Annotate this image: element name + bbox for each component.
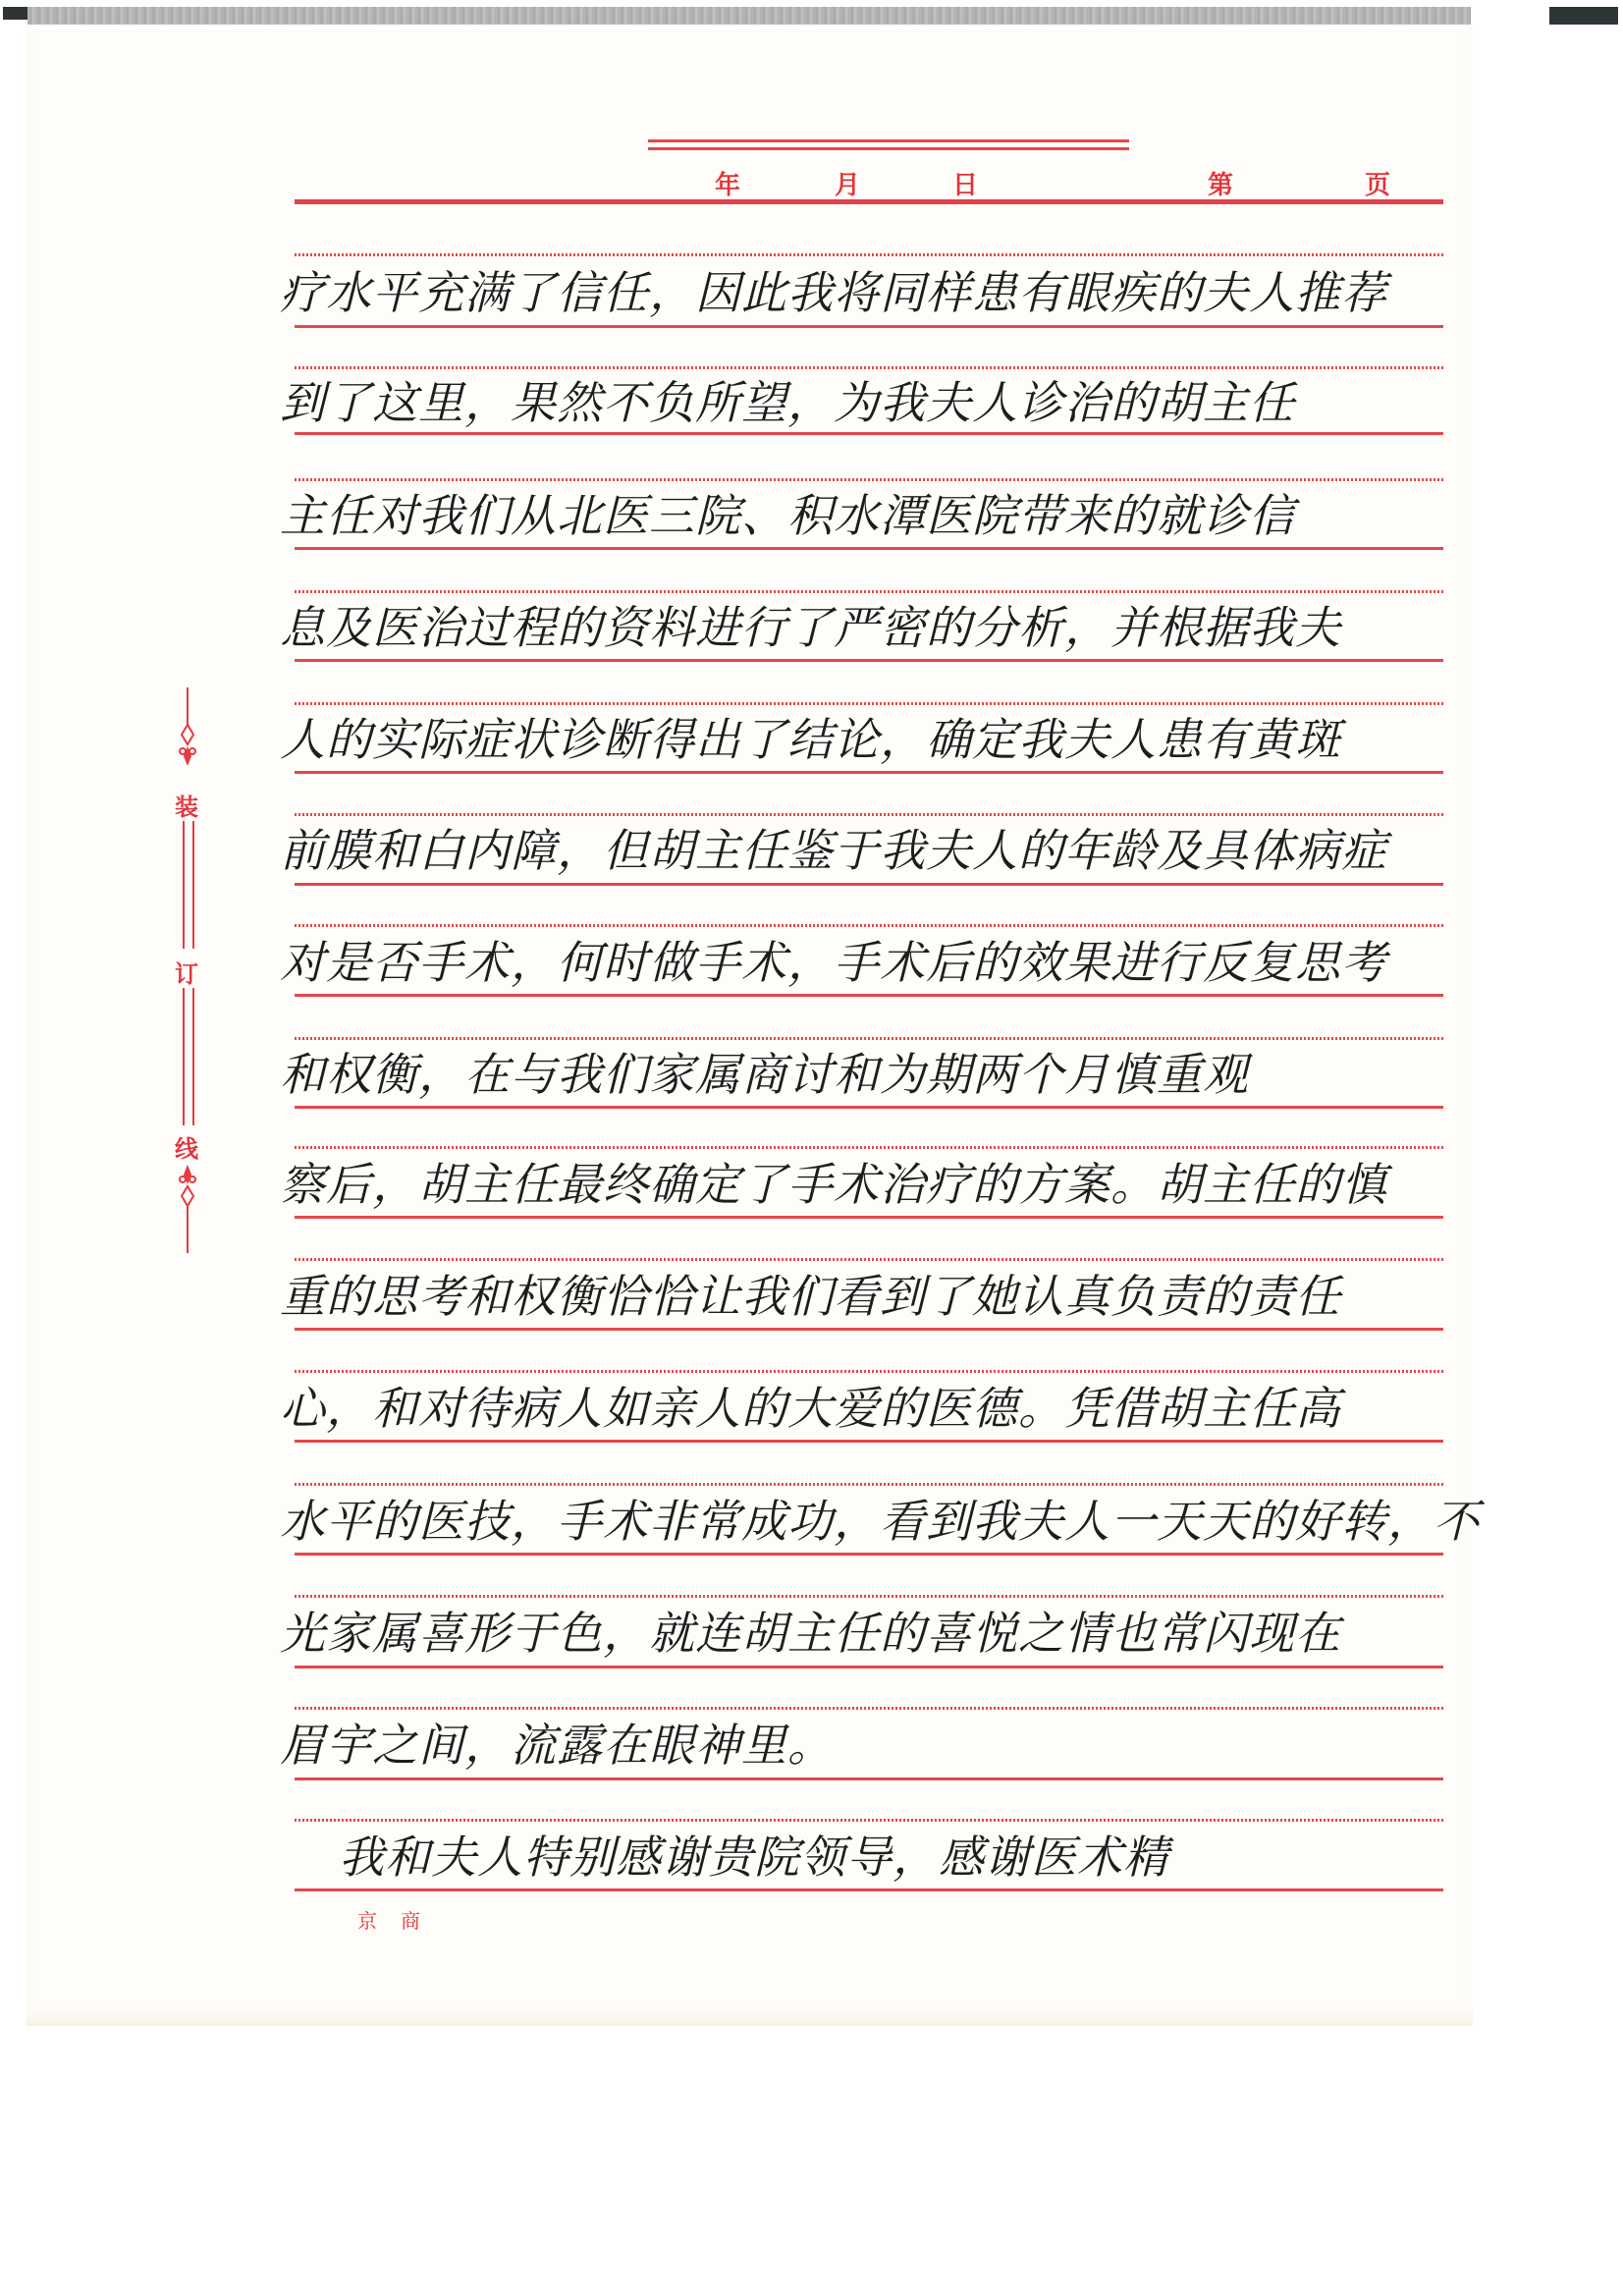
- letter-line-1: 疗水平充满了信任，因此我将同样患有眼疾的夫人推荐: [280, 263, 1488, 322]
- row-10-bottom-rule: [295, 1328, 1443, 1331]
- binding-char-xian: 线: [175, 1129, 198, 1164]
- letter-line-15: 我和夫人特别感谢贵院领导，感谢医术精: [339, 1828, 1546, 1886]
- letter-line-9: 察后，胡主任最终确定了手术治疗的方案。胡主任的慎: [280, 1155, 1488, 1214]
- header-rule: [295, 199, 1443, 204]
- row-11-bottom-rule: [295, 1440, 1443, 1443]
- row-14-bottom-rule: [295, 1777, 1443, 1780]
- header-year-label: 年: [715, 165, 740, 201]
- letter-line-14: 眉宇之间，流露在眼神里。: [280, 1716, 1488, 1775]
- letter-line-5: 人的实际症状诊断得出了结论，确定我夫人患有黄斑: [280, 710, 1488, 769]
- letter-line-3: 主任对我们从北医三院、积水潭医院带来的就诊信: [280, 486, 1488, 545]
- row-13-top-rule: [295, 1595, 1443, 1598]
- row-13-bottom-rule: [295, 1666, 1443, 1668]
- row-6-top-rule: [295, 813, 1443, 816]
- row-1-bottom-rule: [295, 325, 1443, 328]
- row-11-top-rule: [295, 1370, 1443, 1373]
- row-8-top-rule: [295, 1037, 1443, 1040]
- binding-ornament-top-icon: [178, 725, 197, 768]
- header-page-prefix: 第: [1208, 165, 1233, 201]
- letter-line-4: 息及医治过程的资料进行了严密的分析，并根据我夫: [280, 598, 1488, 657]
- letter-line-13: 光家属喜形于色，就连胡主任的喜悦之情也常闪现在: [280, 1604, 1488, 1663]
- binding-line-top: [187, 687, 189, 727]
- row-2-bottom-rule: [295, 432, 1443, 435]
- row-15-bottom-rule: [295, 1888, 1443, 1891]
- scan-edge-right: [1549, 7, 1618, 25]
- binding-line-bottom: [187, 1206, 189, 1253]
- row-12-bottom-rule: [295, 1553, 1443, 1556]
- binding-ornament-bottom-icon: [178, 1163, 197, 1206]
- row-3-top-rule: [295, 478, 1443, 481]
- row-8-bottom-rule: [295, 1106, 1443, 1109]
- row-9-bottom-rule: [295, 1216, 1443, 1219]
- row-14-top-rule: [295, 1707, 1443, 1710]
- header-month-label: 月: [835, 165, 860, 201]
- scan-edge-left: [3, 7, 27, 20]
- row-6-bottom-rule: [295, 883, 1443, 886]
- row-7-top-rule: [295, 924, 1443, 927]
- header-double-rule-bottom: [648, 147, 1129, 150]
- row-3-bottom-rule: [295, 547, 1443, 550]
- letter-line-12: 水平的医技，手术非常成功，看到我夫人一天天的好转，不: [280, 1492, 1488, 1551]
- letter-line-2: 到了这里，果然不负所望，为我夫人诊治的胡主任: [280, 373, 1488, 432]
- letter-line-10: 重的思考和权衡恰恰让我们看到了她认真负责的责任: [280, 1267, 1488, 1326]
- header-double-rule-top: [648, 139, 1129, 142]
- binding-char-ding: 订: [175, 955, 198, 989]
- letter-line-6: 前膜和白内障，但胡主任鉴于我夫人的年龄及具体病症: [280, 821, 1488, 880]
- binding-double-line-upper: [183, 821, 194, 949]
- row-5-bottom-rule: [295, 771, 1443, 774]
- row-7-bottom-rule: [295, 994, 1443, 997]
- binding-char-zhuang: 装: [175, 788, 198, 822]
- row-10-top-rule: [295, 1258, 1443, 1261]
- letter-line-11: 心，和对待病人如亲人的大爱的医德。凭借胡主任高: [280, 1379, 1488, 1438]
- row-12-top-rule: [295, 1483, 1443, 1486]
- row-2-top-rule: [295, 366, 1443, 369]
- scan-top-strip: [27, 7, 1471, 25]
- letter-line-8: 和权衡，在与我们家属商讨和为期两个月慎重观: [280, 1045, 1488, 1104]
- footer-printer-mark-2: 商: [401, 1905, 420, 1934]
- binding-double-line-lower: [183, 988, 194, 1125]
- row-15-top-rule: [295, 1819, 1443, 1822]
- row-4-top-rule: [295, 590, 1443, 593]
- header-page-suffix: 页: [1365, 165, 1390, 201]
- header-day-label: 日: [952, 165, 978, 201]
- letter-line-7: 对是否手术，何时做手术，手术后的效果进行反复思考: [280, 933, 1488, 992]
- row-9-top-rule: [295, 1146, 1443, 1149]
- row-1-top-rule: [295, 253, 1443, 256]
- row-4-bottom-rule: [295, 659, 1443, 662]
- footer-printer-mark-1: 京: [357, 1905, 377, 1934]
- row-5-top-rule: [295, 702, 1443, 705]
